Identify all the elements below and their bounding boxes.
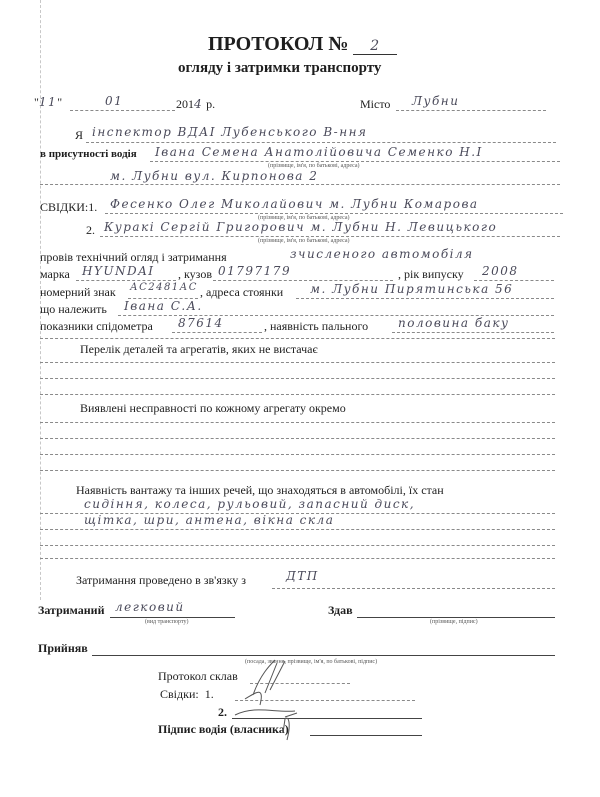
driver-address: м. Лубни вул. Кирпонова 2 <box>110 169 318 183</box>
make-value: HYUNDAI <box>82 264 155 278</box>
witness-2-hint: (прізвище, ім'я, по батькові, адреса) <box>258 238 350 244</box>
cargo-label: Наявність вантажу та інших речей, що зна… <box>76 483 444 498</box>
date-day: 11 <box>39 95 57 109</box>
make-label: марка <box>40 267 70 282</box>
cargo-line-2: щітка, шри, антена, вікна скла <box>84 513 334 527</box>
date-year: 2014 р. <box>176 97 215 112</box>
odometer-value: 87614 <box>178 316 224 330</box>
witness-1-value: Фесенко Олег Миколайович м. Лубни Комаро… <box>110 197 479 211</box>
city-value: Лубни <box>412 94 459 108</box>
date-line: "11" <box>34 95 62 110</box>
parking-label: , адреса стоянки <box>200 285 283 300</box>
missing-parts-label: Перелік деталей та агрегатів, яких не ви… <box>80 342 318 357</box>
protocol-number: 2 <box>353 38 397 55</box>
document-subtitle: огляду і затримки транспорту <box>178 60 381 77</box>
cargo-line-1: сидіння, колеса, рульовий, запасний диск… <box>84 497 415 511</box>
witnesses-label: СВІДКИ:1. <box>40 200 97 215</box>
defects-label: Виявлені несправності по кожному агрегат… <box>80 401 346 416</box>
inspection-label: провів технічний огляд і затримання <box>40 250 227 265</box>
fuel-label: , наявність пального <box>264 319 368 334</box>
handed-label: Здав <box>328 603 353 618</box>
document-title: ПРОТОКОЛ № 2 <box>208 33 397 56</box>
driver-value: Івана Семена Анатолійовича Семенко Н.І <box>155 145 483 159</box>
witnesses-sign-label: Свідки: 1. <box>160 687 214 702</box>
detained-hint: (вид транспорту) <box>145 619 189 625</box>
inspector-value: інспектор ВДАІ Лубенського В-ння <box>92 125 367 139</box>
body-label: , кузов <box>178 267 212 282</box>
parking-value: м. Лубни Пирятинська 56 <box>310 282 513 296</box>
witness-2-value: Куракі Сергій Григорович м. Лубни Н. Лев… <box>104 220 497 234</box>
detained-label: Затриманий <box>38 603 105 618</box>
owner-value: Івана С.А. <box>124 299 203 313</box>
signature-scribbles <box>225 655 335 750</box>
inspection-value: зчисленого автомобіля <box>290 247 474 261</box>
year-label: , рік випуску <box>398 267 464 282</box>
plate-label: номерний знак <box>40 285 116 300</box>
detention-reason-value: ДТП <box>286 569 319 583</box>
plate-value: АС2481АС <box>130 282 198 293</box>
date-month: 01 <box>105 94 123 108</box>
odometer-label: показники спідометра <box>40 319 153 334</box>
margin-dashed-line <box>40 0 41 600</box>
city-label: Місто <box>360 97 390 112</box>
inspector-label: Я <box>75 128 83 143</box>
witness-2-number: 2. <box>86 223 95 238</box>
handed-hint: (прізвище, підпис) <box>430 619 478 625</box>
driver-label: в присутності водія <box>40 148 137 160</box>
detained-value: легковий <box>115 600 185 614</box>
detention-reason-label: Затримання проведено в зв'язку з <box>76 573 246 588</box>
body-value: 01797179 <box>218 264 291 278</box>
title-prefix: ПРОТОКОЛ № <box>208 33 348 55</box>
fuel-value: половина баку <box>398 316 510 330</box>
year-value: 2008 <box>482 264 519 278</box>
accepted-label: Прийняв <box>38 641 88 656</box>
owner-label: що належить <box>40 302 107 317</box>
